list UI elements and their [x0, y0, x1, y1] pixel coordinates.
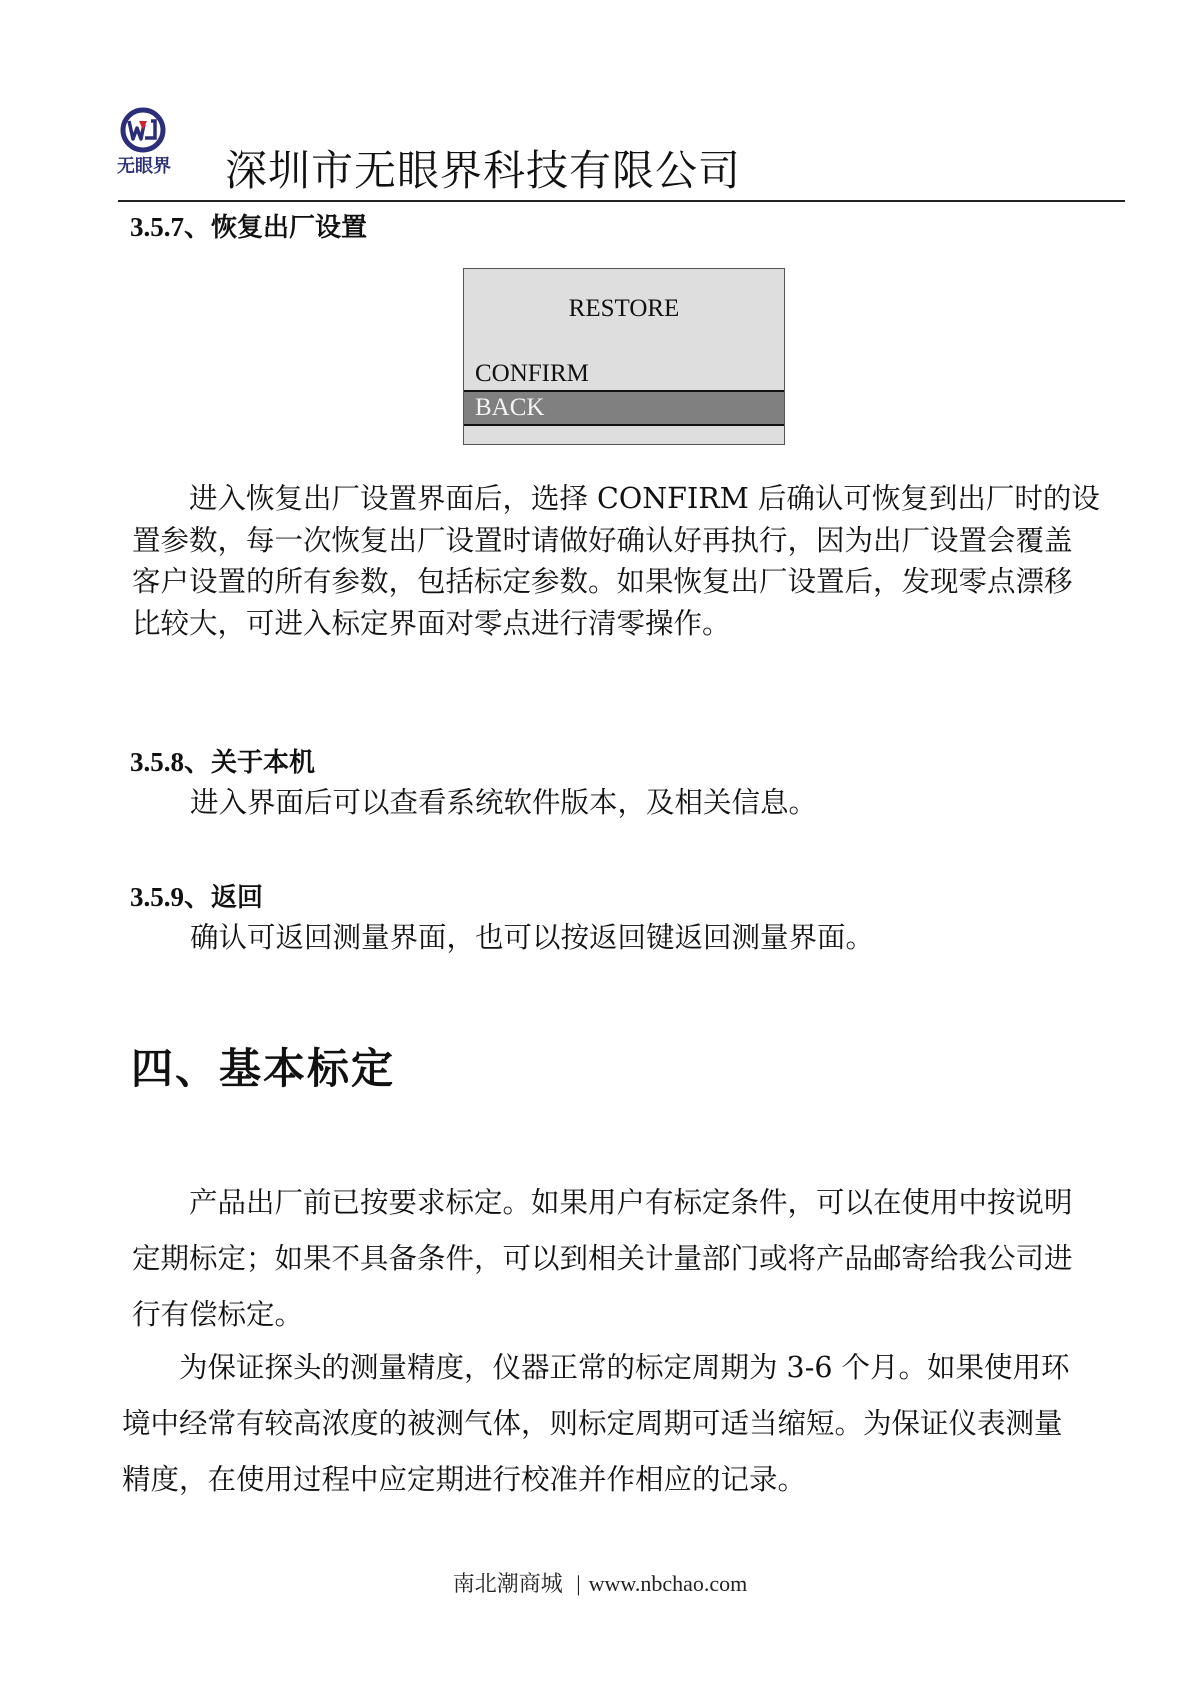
section-title: 关于本机 — [211, 748, 315, 778]
menu-item-confirm: CONFIRM — [464, 357, 784, 389]
section-heading-3-5-8: 3.5.8、关于本机 — [130, 745, 315, 780]
text-line: 产品出厂前已按要求标定。如果用户有标定条件，可以在使用中按说明 — [132, 1175, 1126, 1231]
section-heading-3-5-9: 3.5.9、返回 — [130, 880, 263, 915]
back-description: 确认可返回测量界面，也可以按返回键返回测量界面。 — [190, 918, 1090, 958]
section-number: 3.5.9、 — [130, 882, 211, 912]
chapter-heading: 四、基本标定 — [131, 1036, 395, 1096]
calibration-paragraph-1: 产品出厂前已按要求标定。如果用户有标定条件，可以在使用中按说明 定期标定；如果不… — [132, 1175, 1126, 1343]
header-divider — [118, 200, 1125, 202]
company-name: 深圳市无眼界科技有限公司 — [225, 146, 741, 196]
section-number: 3.5.8、 — [130, 747, 211, 777]
company-logo: 无眼界 — [117, 106, 179, 182]
restore-screen-illustration: RESTORE CONFIRM BACK — [463, 268, 785, 445]
calibration-paragraph-2: 为保证探头的测量精度，仪器正常的标定周期为 3-6 个月。如果使用环 境中经常有… — [122, 1340, 1116, 1508]
text-line: 定期标定；如果不具备条件，可以到相关计量部门或将产品邮寄给我公司进 — [132, 1231, 1126, 1287]
text-line: 比较大，可进入标定界面对零点进行清零操作。 — [132, 603, 1126, 645]
text-line: 精度，在使用过程中应定期进行校准并作相应的记录。 — [122, 1452, 1116, 1508]
section-title: 恢复出厂设置 — [211, 213, 367, 243]
section-title: 返回 — [211, 883, 263, 913]
text-line: 进入恢复出厂设置界面后，选择 CONFIRM 后确认可恢复到出厂时的设 — [132, 478, 1126, 520]
text-line: 为保证探头的测量精度，仪器正常的标定周期为 3-6 个月。如果使用环 — [122, 1340, 1116, 1396]
svg-text:无眼界: 无眼界 — [117, 156, 171, 177]
text-line: 境中经常有较高浓度的被测气体，则标定周期可适当缩短。为保证仪表测量 — [122, 1396, 1116, 1452]
about-description: 进入界面后可以查看系统软件版本，及相关信息。 — [190, 783, 1090, 823]
text-line: 行有偿标定。 — [132, 1287, 1126, 1343]
footer-separator: | — [576, 1571, 580, 1596]
wyj-logo-icon: 无眼界 — [117, 106, 179, 182]
footer-site-name: 南北潮商城 — [453, 1571, 563, 1596]
section-number: 3.5.7、 — [130, 212, 211, 242]
restore-description: 进入恢复出厂设置界面后，选择 CONFIRM 后确认可恢复到出厂时的设 置参数，… — [132, 478, 1126, 644]
text-line: 置参数，每一次恢复出厂设置时请做好确认好再执行，因为出厂设置会覆盖 — [132, 520, 1126, 562]
screen-title: RESTORE — [464, 295, 784, 323]
page-footer: 南北潮商城 |www.nbchao.com — [0, 1567, 1200, 1598]
menu-item-back-selected: BACK — [464, 390, 784, 426]
footer-url[interactable]: www.nbchao.com — [589, 1571, 748, 1596]
section-heading-3-5-7: 3.5.7、恢复出厂设置 — [130, 210, 367, 245]
text-line: 客户设置的所有参数，包括标定参数。如果恢复出厂设置后，发现零点漂移 — [132, 561, 1126, 603]
